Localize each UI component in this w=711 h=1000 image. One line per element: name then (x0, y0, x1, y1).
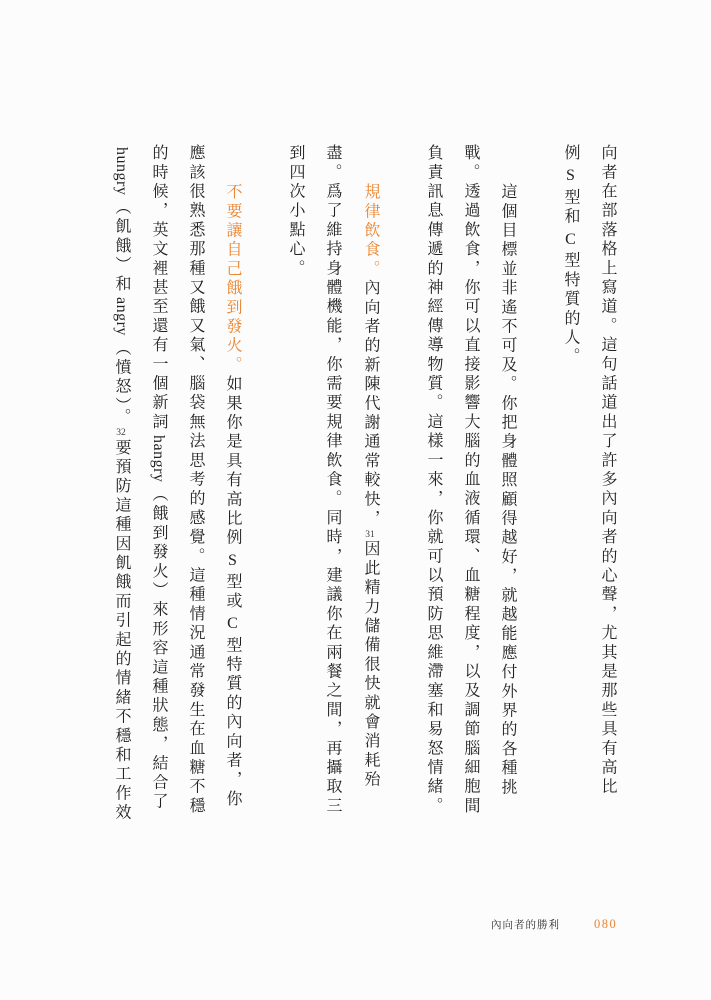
body-text: 例 (562, 144, 579, 163)
page-footer: 內向者的勝利 080 (491, 917, 617, 932)
body-text: （餓到發火）來形容這種狀態，結合了 (150, 485, 167, 811)
body-text: 內向者的新陳代謝通常較快， (362, 279, 379, 529)
text-column: 到四次小點心。 (277, 144, 314, 823)
page-number: 080 (594, 917, 617, 932)
section-heading: 不要讓自己餓到發火。 (224, 183, 241, 375)
latin-letter: S (562, 167, 579, 184)
latin-letter: S (224, 552, 241, 569)
text-column: 不要讓自己餓到發火。如果你是具有高比例S型或C型特質的內向者，你 (214, 144, 251, 823)
body-text: 負責訊息傳遞的神經傳導物質。這樣一來，你就可以預防思維滯塞和易怒情緒。 (425, 144, 442, 816)
body-text: 應該很熟悉那種又餓又氣、腦袋無法思考的感覺。這種情況通常發生在血糖不穩 (187, 144, 204, 816)
body-text: 向者在部落格上寫道。這句話道出了許多內向者的心聲，尤其是那些具有高比 (599, 144, 616, 797)
latin-word: hungry (113, 147, 130, 195)
body-text: 型特質的人。 (562, 252, 579, 367)
latin-word: hangry (150, 435, 167, 482)
text-column: 盡。爲了維持身體機能，你需要規律飲食。同時，建議你在兩餐之間，再攝取三 (314, 144, 351, 823)
body-text: 型和 (562, 188, 579, 226)
body-text: 的時候，英文裡甚至還有一個新詞 (150, 144, 167, 432)
latin-letter: C (224, 615, 241, 632)
vertical-text-block: 向者在部落格上寫道。這句話道出了許多內向者的心聲，尤其是那些具有高比 例S型和C… (102, 144, 626, 823)
body-text: （憤怒）。 (113, 339, 130, 427)
section-heading: 規律飲食。 (362, 183, 379, 279)
book-page: 向者在部落格上寫道。這句話道出了許多內向者的心聲，尤其是那些具有高比 例S型和C… (0, 0, 711, 1000)
text-column: 向者在部落格上寫道。這句話道出了許多內向者的心聲，尤其是那些具有高比 (589, 144, 626, 823)
body-text: 型或 (224, 573, 241, 611)
body-text: 型特質的內向者，你 (224, 636, 241, 809)
body-text: 這個目標並非遙不可及。你把身體照顧得越好，就越能應付外界的各種挑 (499, 183, 516, 797)
text-column: 規律飲食。內向者的新陳代謝通常較快，31因此精力儲備很快就會消耗殆 (351, 144, 389, 823)
latin-letter: C (562, 231, 579, 248)
endnote-number: 31 (365, 530, 375, 540)
body-text: 因此精力儲備很快就會消耗殆 (362, 540, 379, 790)
text-column: 這個目標並非遙不可及。你把身體照顧得越好，就越能應付外界的各種挑 (489, 144, 526, 823)
text-column: 戰。透過飲食，你可以直接影響大腦的血液循環、血糖程度，以及調節腦細胞間 (452, 144, 489, 823)
text-column: hungry（飢餓）和angry（憤怒）。32要預防這種因飢餓而引起的情緒不穩和… (102, 144, 140, 823)
text-column: 負責訊息傳遞的神經傳導物質。這樣一來，你就可以預防思維滯塞和易怒情緒。 (415, 144, 452, 823)
text-column: 應該很熟悉那種又餓又氣、腦袋無法思考的感覺。這種情況通常發生在血糖不穩 (177, 144, 214, 823)
endnote-number: 32 (116, 428, 126, 438)
body-text: 要預防這種因飢餓而引起的情緒不穩和工作效 (113, 439, 130, 823)
book-title: 內向者的勝利 (491, 917, 560, 932)
latin-word: angry (113, 297, 130, 336)
text-column: 例S型和C型特質的人。 (552, 144, 589, 823)
body-text: 盡。爲了維持身體機能，你需要規律飲食。同時，建議你在兩餐之間，再攝取三 (324, 144, 341, 816)
body-text: 戰。透過飲食，你可以直接影響大腦的血液循環、血糖程度，以及調節腦細胞間 (462, 144, 479, 816)
text-column: 的時候，英文裡甚至還有一個新詞hangry（餓到發火）來形容這種狀態，結合了 (140, 144, 177, 823)
body-text: 如果你是具有高比例 (224, 375, 241, 548)
body-text: （飢餓）和 (113, 198, 130, 294)
body-text: 到四次小點心。 (287, 144, 304, 278)
